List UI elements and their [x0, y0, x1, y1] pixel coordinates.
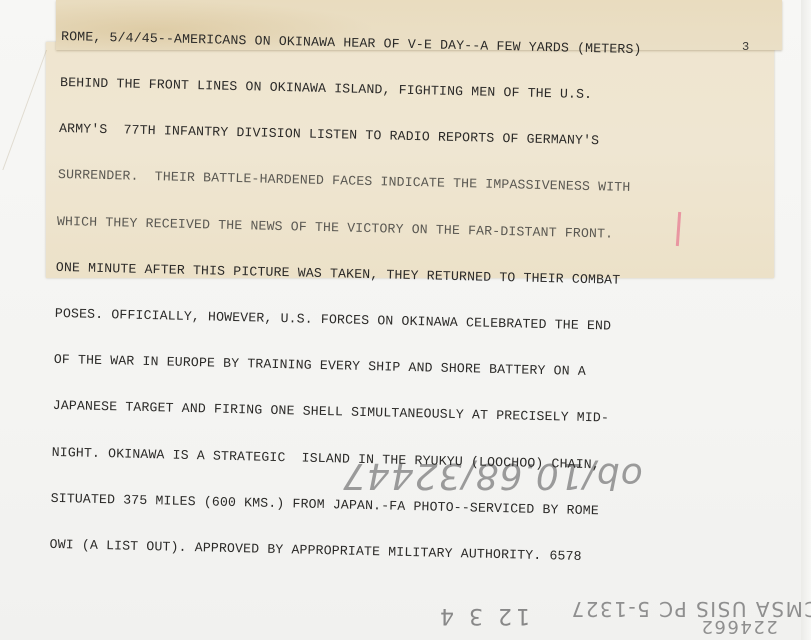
- caption-line: POSES. OFFICIALLY, HOWEVER, U.S. FORCES …: [55, 306, 775, 338]
- caption-line: SITUATED 375 MILES (600 KMS.) FROM JAPAN…: [50, 491, 770, 523]
- caption-line: BEHIND THE FRONT LINES ON OKINAWA ISLAND…: [60, 75, 780, 107]
- photo-edge: [801, 0, 811, 640]
- caption-line: OWI (A LIST OUT). APPROVED BY APPROPRIAT…: [49, 537, 769, 569]
- caption-line: ARMY'S 77TH INFANTRY DIVISION LISTEN TO …: [59, 121, 779, 153]
- caption-line: SURRENDER. THEIR BATTLE-HARDENED FACES I…: [58, 167, 778, 199]
- margin-mark: 3: [742, 40, 749, 54]
- caption-line: ONE MINUTE AFTER THIS PICTURE WAS TAKEN,…: [56, 260, 776, 292]
- handwritten-number: 12 3 4: [436, 603, 530, 628]
- caption-line: WHICH THEY RECEIVED THE NEWS OF THE VICT…: [57, 214, 777, 246]
- handwritten-id-number: 224662: [700, 616, 778, 637]
- caption-text: ROME, 5/4/45--AMERICANS ON OKINAWA HEAR …: [49, 0, 782, 584]
- caption-line: JAPANESE TARGET AND FIRING ONE SHELL SIM…: [53, 398, 773, 430]
- caption-line: OF THE WAR IN EUROPE BY TRAINING EVERY S…: [54, 352, 774, 384]
- caption-line: ROME, 5/4/45--AMERICANS ON OKINAWA HEAR …: [61, 29, 781, 61]
- caption-line: NIGHT. OKINAWA IS A STRATEGIC ISLAND IN …: [52, 445, 772, 477]
